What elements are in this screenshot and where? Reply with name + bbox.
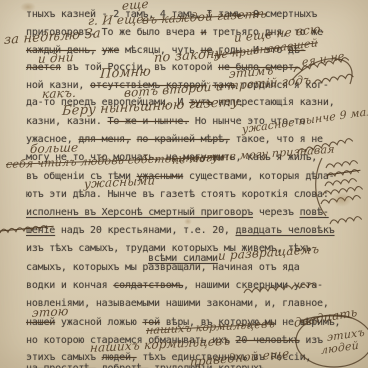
typed-text: существами, которыя дѣла- — [183, 171, 334, 182]
typed-text: новленіями, называемыми нашими законами,… — [26, 298, 329, 309]
typed-text: самыхъ, которыхъ мы развращали, начиная … — [26, 262, 300, 273]
underlined-typed-text: двадцать человѣкъ — [236, 225, 335, 236]
struck-typed-text: 20 человѣкъ — [236, 335, 300, 346]
typed-line: въ общеніи съ тѣми ужасными существами, … — [26, 171, 335, 183]
struck-typed-text: уже — [102, 45, 119, 56]
illegible-scribble — [329, 213, 364, 230]
handwritten-annotation: ужасное нынче 9 мая — [242, 104, 368, 136]
struck-typed-text: То же и нынче. — [108, 116, 190, 127]
struck-typed-text: добротѣ, — [102, 363, 149, 368]
typed-text: ютъ эти дѣла. Нынче въ газетѣ стоятъ кор… — [26, 189, 329, 200]
typed-text: водки и кончая — [26, 280, 113, 291]
typed-line: новленіями, называемыми нашими законами,… — [26, 298, 329, 310]
typed-text: надъ 20 крестьянами, т.е. 20, — [55, 225, 235, 236]
typed-line: исполненъ въ Херсонѣ смертный приговоръ … — [26, 207, 329, 219]
typed-text: изъ — [300, 335, 323, 346]
struck-typed-text: на простотѣ, — [26, 363, 96, 368]
struck-typed-text: солдатствомъ — [113, 280, 183, 291]
typed-line: ютъ эти дѣла. Нынче въ газетѣ стоятъ кор… — [26, 189, 329, 201]
struck-typed-text: по крайней мѣрѣ, — [137, 134, 230, 145]
handwritten-annotation: какъ. — [42, 86, 77, 101]
struck-typed-text: для меня, — [78, 134, 130, 145]
handwritten-annotation: этою — [32, 304, 69, 320]
manuscript-page: тныхъ казней - 2 тамъ, 4 тамъ, I тамъ. Ѳ… — [0, 0, 368, 368]
typed-line: шеніе надъ 20 крестьянами, т.е. 20, двад… — [26, 225, 335, 237]
typed-line: самыхъ, которыхъ мы развращали, начиная … — [26, 262, 300, 274]
handwritten-annotation: Помню — [100, 64, 152, 82]
typed-text: черезъ — [253, 207, 300, 218]
handwritten-annotation: и дни — [38, 50, 74, 66]
typed-text: ужасной ложью — [55, 317, 142, 328]
underlined-typed-text: исполненъ въ Херсонѣ смертный приговоръ — [26, 207, 253, 218]
handwritten-annotation: больше — [30, 140, 79, 156]
paper-stain — [184, 218, 192, 225]
illegible-scribble — [313, 70, 360, 90]
